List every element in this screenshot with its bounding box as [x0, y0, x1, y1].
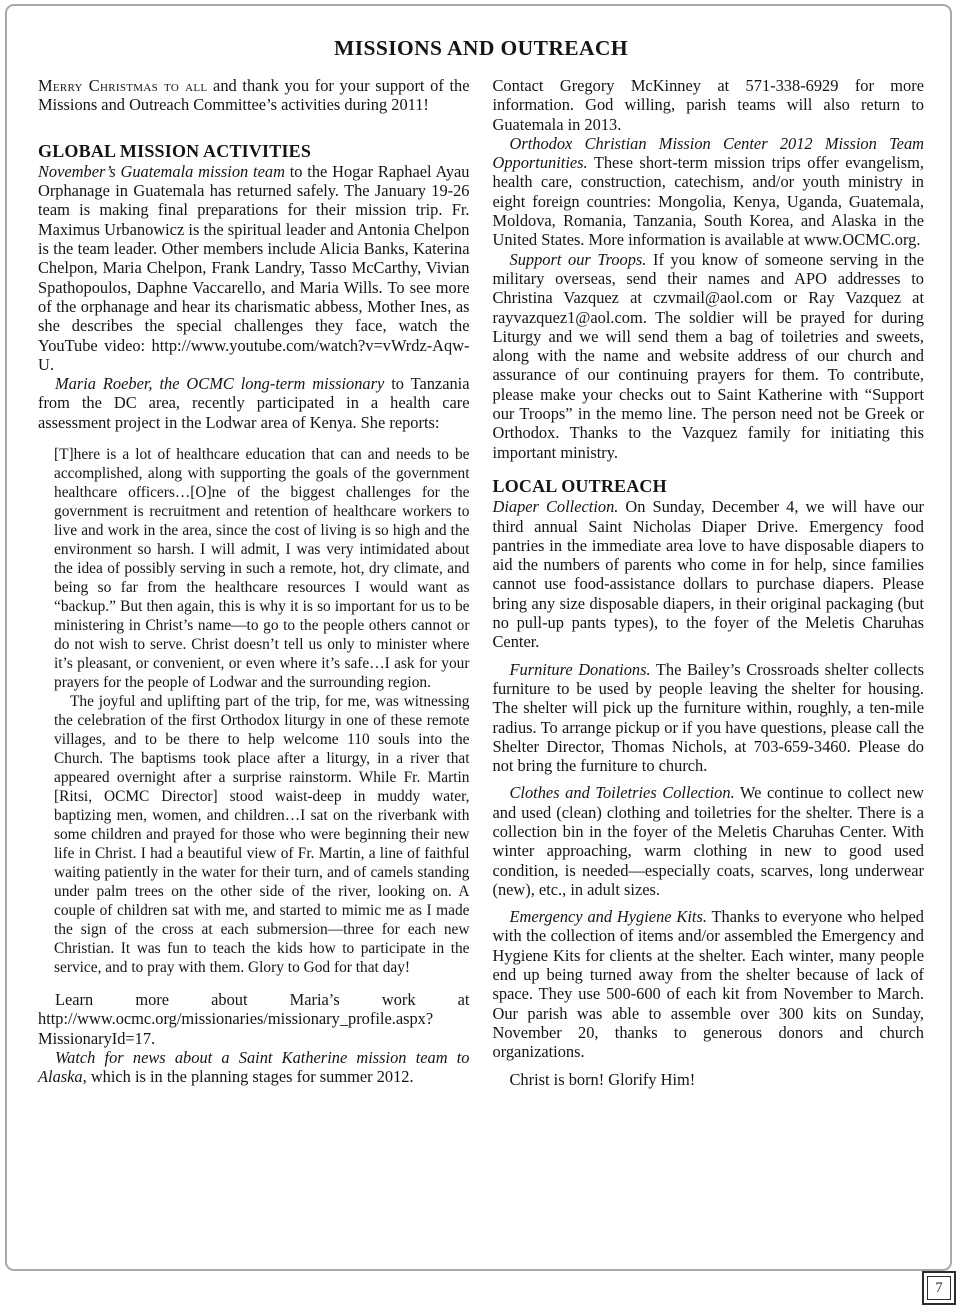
page-title: MISSIONS AND OUTREACH [38, 36, 924, 61]
text-segment-normal: . [151, 1029, 155, 1048]
document-page: MISSIONS AND OUTREACH Merry Christmas to… [0, 0, 960, 1309]
text-segment-smallcaps: Merry Christmas to all [38, 76, 207, 95]
page-number-inner-frame: 7 [927, 1276, 951, 1300]
page-number-box: 7 [922, 1271, 956, 1305]
two-column-layout: Merry Christmas to all and thank you for… [38, 76, 924, 1089]
text-segment-normal: On Sunday, December 4, we will have our … [493, 497, 925, 651]
quote-paragraph: The joyful and uplifting part of the tri… [54, 692, 470, 977]
text-segment-italic: Support our Troops. [510, 250, 647, 269]
right-column: Contact Gregory McKinney at 571-338-6929… [493, 76, 925, 1089]
text-segment-normal: The joyful and uplifting part of the tri… [54, 693, 470, 976]
paragraph: Merry Christmas to all and thank you for… [38, 76, 470, 115]
text-segment-italic: Diaper Collection. [493, 497, 619, 516]
page-number: 7 [935, 1281, 943, 1296]
text-segment-normal: . [916, 230, 920, 249]
text-segment-normal: to the Hogar Raphael Ayau Orphanage in G… [38, 162, 470, 355]
quote-paragraph: [T]here is a lot of healthcare education… [54, 445, 470, 692]
text-segment-normal: Christ is born! Glorify Him! [510, 1070, 696, 1089]
text-segment-italic: November’s Guatemala mission team [38, 162, 285, 181]
paragraph: Orthodox Christian Mission Center 2012 M… [493, 134, 925, 250]
text-segment-normal: . [50, 355, 54, 374]
url-text: http://www.ocmc.org/missionaries/mission… [38, 1009, 433, 1047]
paragraph: Christ is born! Glorify Him! [493, 1070, 925, 1089]
text-segment-normal: , which is in the planning stages for su… [83, 1067, 414, 1086]
text-segment-italic: Emergency and Hygiene Kits. [510, 907, 707, 926]
left-column: Merry Christmas to all and thank you for… [38, 76, 470, 1089]
paragraph: Maria Roeber, the OCMC long-term mission… [38, 374, 470, 432]
paragraph: Contact Gregory McKinney at 571-338-6929… [493, 76, 925, 134]
paragraph: Furniture Donations. The Bailey’s Crossr… [493, 660, 925, 776]
paragraph: Diaper Collection. On Sunday, December 4… [493, 497, 925, 651]
text-segment-italic: Furniture Donations. [510, 660, 651, 679]
text-segment-normal: [T]here is a lot of healthcare education… [54, 446, 470, 691]
paragraph: November’s Guatemala mission team to the… [38, 162, 470, 374]
section-heading: LOCAL OUTREACH [493, 477, 925, 496]
paragraph: Watch for news about a Saint Katherine m… [38, 1048, 470, 1087]
paragraph: Learn more about Maria’s work at http://… [38, 990, 470, 1048]
text-segment-normal: Contact Gregory McKinney at 571-338-6929… [493, 76, 925, 134]
section-heading: GLOBAL MISSION ACTIVITIES [38, 142, 470, 161]
paragraph: Clothes and Toiletries Collection. We co… [493, 783, 925, 899]
text-segment-normal: Thanks to everyone who helped with the c… [493, 907, 925, 1061]
text-segment-italic: Clothes and Toiletries Collection. [510, 783, 735, 802]
text-segment-normal: If you know of someone serving in the mi… [493, 250, 925, 462]
url-text: www.OCMC.org [804, 230, 916, 249]
paragraph: Emergency and Hygiene Kits. Thanks to ev… [493, 907, 925, 1061]
paragraph: Support our Troops. If you know of someo… [493, 250, 925, 462]
text-segment-italic: Maria Roeber, the OCMC long-term mission… [55, 374, 384, 393]
page-content: MISSIONS AND OUTREACH Merry Christmas to… [0, 0, 960, 1089]
text-segment-normal: Learn more about Maria’s work at [55, 990, 470, 1009]
